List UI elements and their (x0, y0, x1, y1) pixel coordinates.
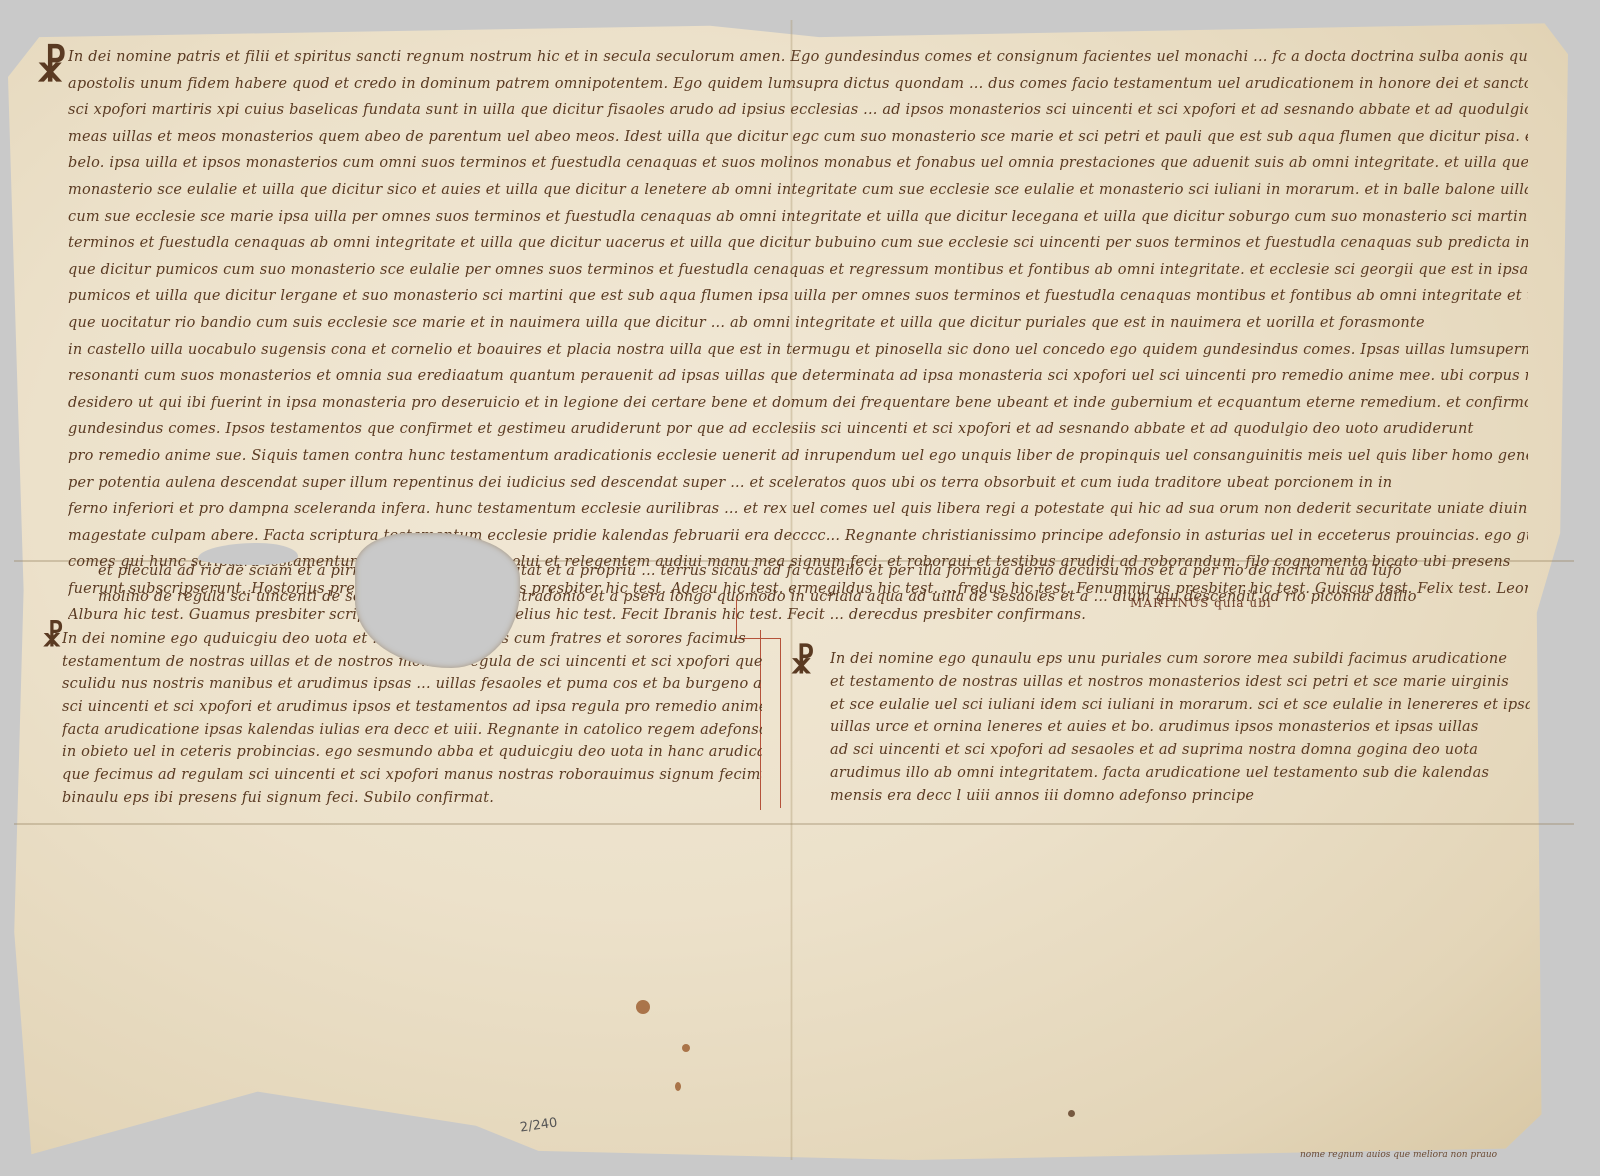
text-line: facta arudicatione ipsas kalendas iulias… (62, 719, 762, 742)
text-line: per potentia aulena descendat super illu… (68, 470, 1528, 497)
text-line: meas uillas et meos monasterios quem abe… (68, 124, 1528, 151)
chrismon-icon: ☧ (42, 620, 64, 653)
text-line: ferno inferiori et pro dampna sceleranda… (68, 496, 1528, 523)
text-line: et testamento de nostras uillas et nostr… (830, 671, 1530, 694)
text-line: desidero ut qui ibi fuerint in ipsa mona… (68, 390, 1528, 417)
text-line: pumicos et uilla que dicitur lergane et … (68, 283, 1528, 310)
text-line: molino de regula sci uincenti de sesaole… (98, 584, 1498, 610)
text-line: in castello uilla uocabulo sugensis cona… (68, 337, 1528, 364)
text-line: In dei nomine ego qunaulu eps unu purial… (830, 648, 1530, 671)
text-line: sci uincenti et sci xpofori et arudimus … (62, 696, 762, 719)
text-line: magestate culpam abere. Facta scriptura … (68, 523, 1528, 550)
ink-stain (1068, 1110, 1075, 1117)
text-line: arudimus illo ab omni integritatem. fact… (830, 762, 1530, 785)
text-line: resonanti cum suos monasterios et omnia … (68, 363, 1528, 390)
text-line: apostolis unum fidem habere quod et cred… (68, 71, 1528, 98)
text-line: que dicitur pumicos cum suo monasterio s… (68, 257, 1528, 284)
chrismon-icon: ☧ (790, 643, 815, 681)
red-ruling (780, 638, 781, 808)
text-line: terminos et fuestudla cenaquas ab omni i… (68, 230, 1528, 257)
text-line: que uocitatur rio bandio cum suis eccles… (68, 310, 1528, 337)
ink-stain (682, 1044, 690, 1052)
bottom-marginal-note: nome regnum auios que meliora non prauo (1300, 1150, 1497, 1160)
text-line: pro remedio anime sue. Siquis tamen cont… (68, 443, 1528, 470)
text-line: que fecimus ad regulam sci uincenti et s… (62, 764, 762, 787)
text-line: belo. ipsa uilla et ipsos monasterios cu… (68, 150, 1528, 177)
text-line: In dei nomine patris et filii et spiritu… (68, 44, 1528, 71)
horizontal-fold-crease (14, 823, 1574, 825)
ink-stain (636, 1000, 650, 1014)
signature-mark: MARTINUS quia ubi (1130, 596, 1272, 610)
text-line: cum sue ecclesie sce marie ipsa uilla pe… (68, 204, 1528, 231)
text-line: mensis era decc l uiii annos iii domno a… (830, 785, 1530, 808)
text-line: binaulu eps ibi presens fui signum feci.… (62, 787, 762, 810)
text-line: in obieto uel in ceteris probincias. ego… (62, 741, 762, 764)
text-line: sci xpofori martiris xpi cuius baselicas… (68, 97, 1528, 124)
text-line: et sce eulalie uel sci iuliani idem sci … (830, 694, 1530, 717)
text-line: et plecula ad rio de sciam et a pirrolo … (98, 558, 1498, 584)
text-line: sculidu nus nostris manibus et arudimus … (62, 673, 762, 696)
ink-stain (675, 1082, 681, 1091)
text-line: ad sci uincenti et sci xpofori ad sesaol… (830, 739, 1530, 762)
text-line: gundesindus comes. Ipsos testamentos que… (68, 416, 1528, 443)
main-charter-text: In dei nomine patris et filii et spiritu… (68, 44, 1528, 629)
appendix-text: et plecula ad rio de sciam et a pirrolo … (98, 558, 1498, 610)
chrismon-icon: ☧ (36, 44, 67, 91)
charter-3-text: In dei nomine ego qunaulu eps unu purial… (830, 648, 1530, 808)
text-line: uillas urce et ornina leneres et auies e… (830, 716, 1530, 739)
text-line: monasterio sce eulalie et uilla que dici… (68, 177, 1528, 204)
